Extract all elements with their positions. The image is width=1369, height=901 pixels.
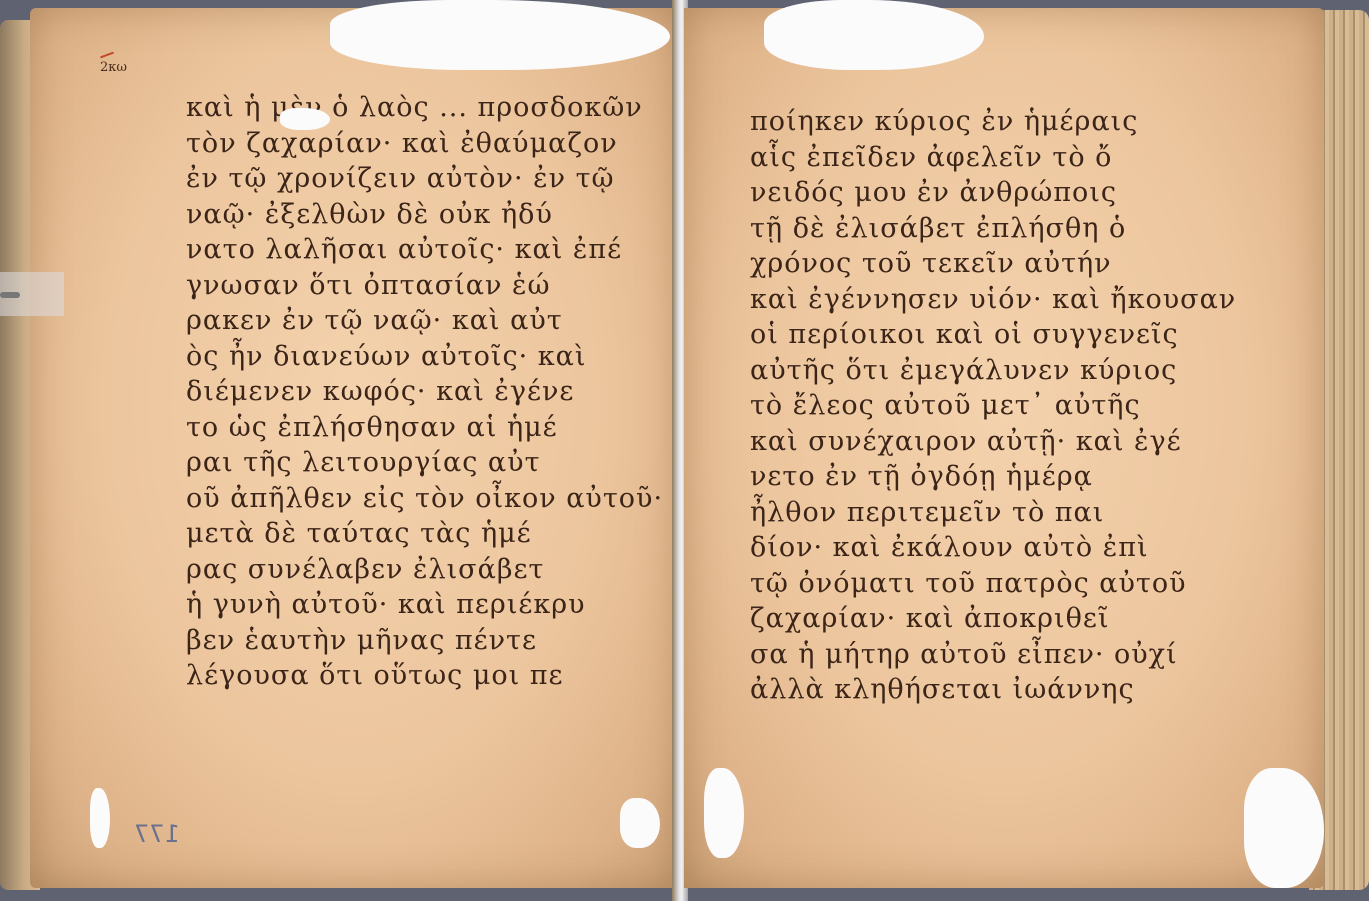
parchment-hole <box>1244 768 1324 888</box>
text-line: ὸς ἦν διανεύων αὐτοῖς· καὶ <box>186 339 663 375</box>
text-line: ἀλλὰ κληθήσεται ἰωάννης <box>750 672 1236 708</box>
parchment-hole <box>620 798 660 848</box>
right-page: ποίηκεν κύριος ἐν ἡμέραις αἷς ἐπεῖδεν ἀφ… <box>684 8 1324 888</box>
text-line: γνωσαν ὅτι ὀπτασίαν ἑώ <box>186 268 663 304</box>
left-page: 2κω καὶ ἡ μὲν ὁ λαὸς ... προσδοκῶν τὸν ζ… <box>30 8 678 888</box>
text-line: τῇ δὲ ἐλισάβετ ἐπλήσθη ὁ <box>750 211 1236 247</box>
text-line: ρακεν ἐν τῷ ναῷ· καὶ αὐτ <box>186 303 663 339</box>
pencil-page-number: 177 <box>134 820 180 848</box>
text-line: σα ἡ μήτηρ αὐτοῦ εἶπεν· οὐχί <box>750 637 1236 673</box>
text-line: τὸ ἔλεος αὐτοῦ μετ᾽ αὐτῆς <box>750 388 1236 424</box>
text-line: ραι τῆς λειτουργίας αὐτ <box>186 445 663 481</box>
parchment-hole <box>330 0 670 70</box>
text-line: οἱ περίοικοι καὶ οἱ συγγενεῖς <box>750 317 1236 353</box>
parchment-hole <box>280 108 330 130</box>
text-line: καὶ ἡ μὲν ὁ λαὸς ... προσδοκῶν <box>186 90 663 126</box>
text-line: αἷς ἐπεῖδεν ἀφελεῖν τὸ ὄ <box>750 140 1236 176</box>
text-line: νατο λαλῆσαι αὐτοῖς· καὶ ἐπέ <box>186 232 663 268</box>
parchment-hole <box>90 788 110 848</box>
text-line: μετὰ δὲ ταύτας τὰς ἡμέ <box>186 516 663 552</box>
text-line: αὐτῆς ὅτι ἐμεγάλυνεν κύριος <box>750 353 1236 389</box>
text-line: ἐν τῷ χρονίζειν αὐτὸν· ἐν τῷ <box>186 161 663 197</box>
text-line: τὸν ζαχαρίαν· καὶ ἐθαύμαζον <box>186 126 663 162</box>
text-line: καὶ συνέχαιρον αὐτῇ· καὶ ἐγέ <box>750 424 1236 460</box>
text-line: νειδός μου ἐν ἀνθρώποις <box>750 175 1236 211</box>
text-line: λέγουσα ὅτι οὕτως μοι πε <box>186 658 663 694</box>
text-line: ζαχαρίαν· καὶ ἀποκριθεῖ <box>750 601 1236 637</box>
text-line: χρόνος τοῦ τεκεῖν αὐτήν <box>750 246 1236 282</box>
text-line: το ὡς ἐπλήσθησαν αἱ ἡμέ <box>186 410 663 446</box>
manuscript-photo: 2κω καὶ ἡ μὲν ὁ λαὸς ... προσδοκῶν τὸν ζ… <box>0 0 1369 901</box>
text-line: τῷ ὀνόματι τοῦ πατρὸς αὐτοῦ <box>750 566 1236 602</box>
text-line: ρας συνέλαβεν ἐλισάβετ <box>186 552 663 588</box>
left-page-text: καὶ ἡ μὲν ὁ λαὸς ... προσδοκῶν τὸν ζαχαρ… <box>186 90 663 694</box>
text-line: δίον· καὶ ἐκάλουν αὐτὸ ἐπὶ <box>750 530 1236 566</box>
text-line: βεν ἑαυτὴν μῆνας πέντε <box>186 623 663 659</box>
text-line: νετο ἐν τῇ ὀγδόῃ ἡμέρᾳ <box>750 459 1236 495</box>
parchment-hole <box>704 768 744 858</box>
text-line: καὶ ἐγέννησεν υἱόν· καὶ ἤκουσαν <box>750 282 1236 318</box>
right-page-text: ποίηκεν κύριος ἐν ἡμέραις αἷς ἐπεῖδεν ἀφ… <box>750 104 1236 708</box>
folio-mark: 2κω <box>100 60 127 75</box>
pin <box>0 292 20 298</box>
text-line: ἦλθον περιτεμεῖν τὸ παι <box>750 495 1236 531</box>
parchment-hole <box>764 0 984 70</box>
text-line: οῦ ἀπῆλθεν εἰς τὸν οἶκον αὐτοῦ· <box>186 481 663 517</box>
text-line: ποίηκεν κύριος ἐν ἡμέραις <box>750 104 1236 140</box>
text-line: ναῷ· ἐξελθὼν δὲ οὐκ ἠδύ <box>186 197 663 233</box>
text-line: διέμενεν κωφός· καὶ ἐγένε <box>186 374 663 410</box>
text-line: ἡ γυνὴ αὐτοῦ· καὶ περιέκρυ <box>186 587 663 623</box>
